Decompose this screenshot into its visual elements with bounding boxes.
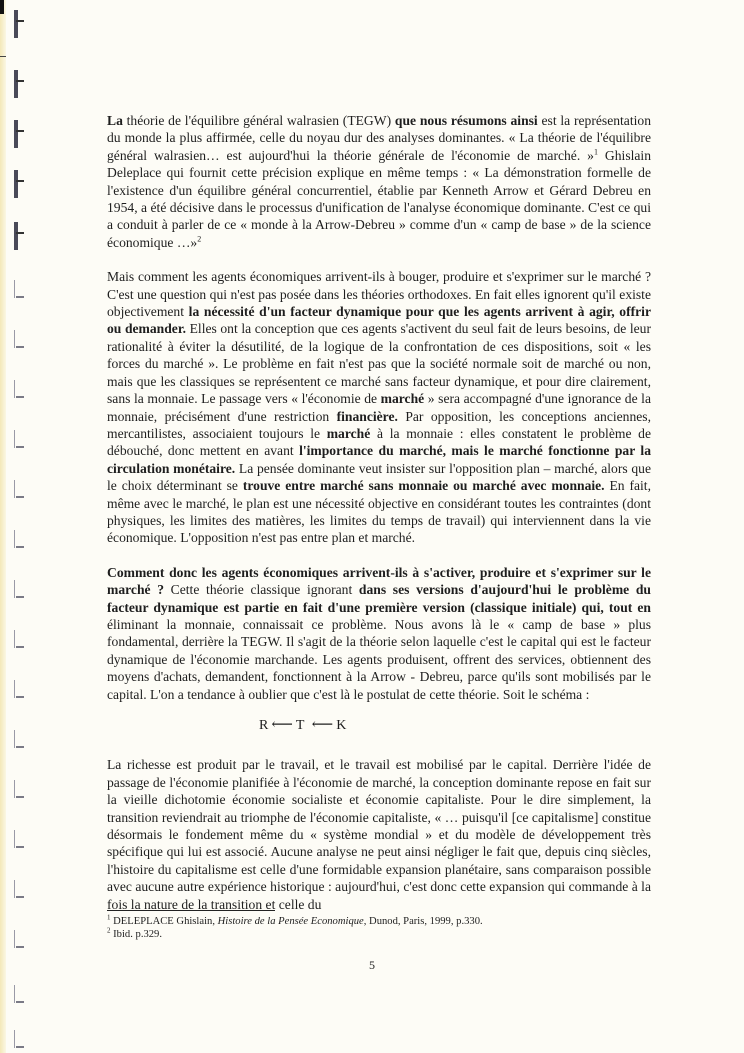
footnote-text: Ibid. p.329. (113, 929, 162, 940)
footnote-title: Histoire de la Pensée Economique (218, 916, 364, 927)
footnote-1: 1 DELEPLACE Ghislain, Histoire de la Pen… (107, 915, 647, 928)
left-arrow-icon: ⟵ (271, 717, 294, 733)
page-number: 5 (0, 958, 744, 973)
footnote-divider (107, 910, 275, 911)
scan-artifact (0, 56, 6, 57)
document-body: La théorie de l'équilibre général walras… (107, 112, 651, 930)
scan-artifact (0, 0, 4, 14)
schema-diagram: R⟵T ⟵K (259, 717, 651, 734)
schema-r: R (259, 718, 269, 733)
paragraph: La théorie de l'équilibre général walras… (107, 112, 651, 251)
page-edge-shadow (0, 0, 6, 1053)
footnote-author: DELEPLACE Ghislain, (113, 916, 217, 927)
footnote-number: 1 (107, 913, 111, 921)
footnote-2: 2 Ibid. p.329. (107, 928, 647, 941)
left-arrow-icon: ⟵ (312, 717, 335, 733)
footnote-details: , Dunod, Paris, 1999, p.330. (364, 916, 483, 927)
spiral-binding-marks (14, 0, 34, 1053)
schema-k: K (336, 718, 347, 733)
footnote-number: 2 (107, 926, 111, 934)
paragraph: Mais comment les agents économiques arri… (107, 268, 651, 547)
footnotes: 1 DELEPLACE Ghislain, Histoire de la Pen… (107, 915, 647, 941)
paragraph: Comment donc les agents économiques arri… (107, 564, 651, 703)
schema-t: T (296, 718, 305, 733)
paragraph: La richesse est produit par le travail, … (107, 756, 651, 913)
